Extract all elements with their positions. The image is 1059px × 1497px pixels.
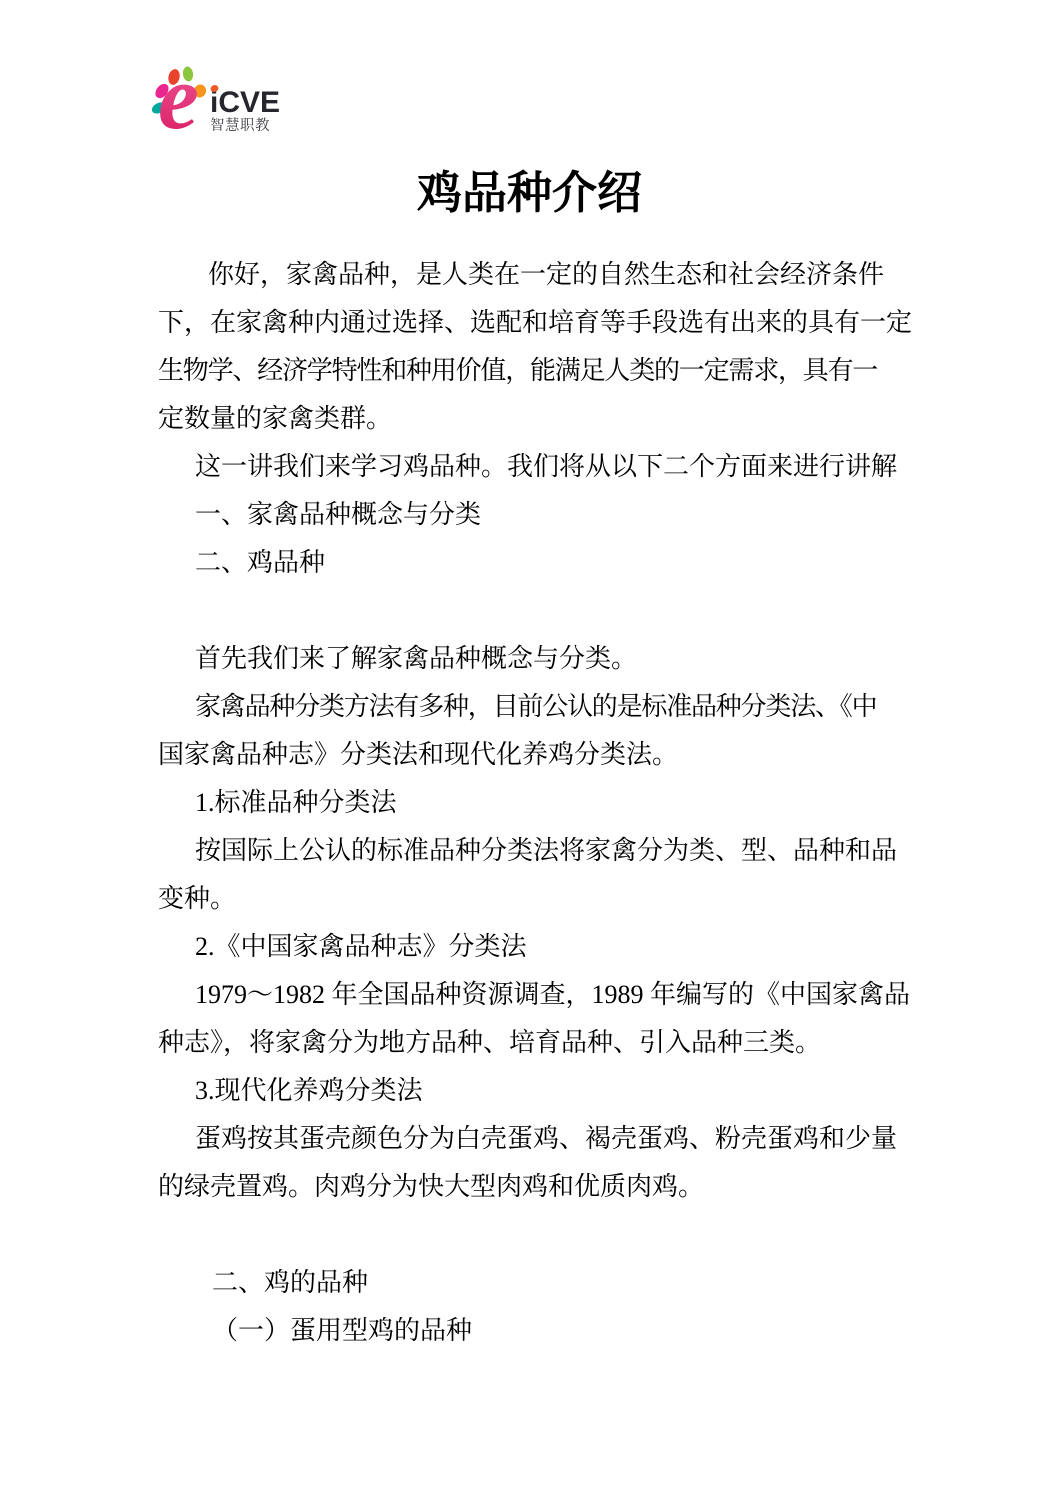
- doc-line: 这一讲我们来学习鸡品种。我们将从以下二个方面来进行讲解: [158, 443, 902, 491]
- doc-line: 定数量的家禽类群。: [158, 395, 902, 443]
- doc-line: 种志》，将家禽分为地方品种、培育品种、引入品种三类。: [158, 1019, 902, 1067]
- doc-line: 二、鸡的品种: [158, 1259, 902, 1307]
- doc-line: 生物学、经济学特性和种用价值，能满足人类的一定需求，具有一: [158, 347, 902, 395]
- doc-line: 家禽品种分类方法有多种，目前公认的是标准品种分类法、《中: [158, 683, 902, 731]
- icve-logo: e iCVE 智慧职教: [150, 64, 300, 142]
- doc-line: （一）蛋用型鸡的品种: [158, 1307, 902, 1355]
- doc-line: 二、鸡品种: [158, 539, 902, 587]
- doc-line: 国家禽品种志》分类法和现代化养鸡分类法。: [158, 731, 902, 779]
- document-body: 你好，家禽品种，是人类在一定的自然生态和社会经济条件 下，在家禽种内通过选择、选…: [158, 251, 902, 1355]
- doc-line: 3.现代化养鸡分类法: [158, 1067, 902, 1115]
- icve-flower-icon: e iCVE 智慧职教: [150, 64, 300, 142]
- page-title: 鸡品种介绍: [0, 168, 1059, 218]
- logo-brand-text: iCVE: [210, 86, 280, 119]
- doc-line: 蛋鸡按其蛋壳颜色分为白壳蛋鸡、褐壳蛋鸡、粉壳蛋鸡和少量: [158, 1115, 902, 1163]
- logo-subtitle: 智慧职教: [210, 116, 270, 134]
- doc-line: 2.《中国家禽品种志》分类法: [158, 923, 902, 971]
- doc-blank-line: [158, 1211, 902, 1259]
- doc-line: 变种。: [158, 875, 902, 923]
- doc-line: 按国际上公认的标准品种分类法将家禽分为类、型、品种和品: [158, 827, 902, 875]
- document-page: e iCVE 智慧职教 鸡品种介绍 你好，家禽品种，是人类在一定的自然生态和社会…: [0, 0, 1059, 1497]
- doc-line: 下，在家禽种内通过选择、选配和培育等手段选有出来的具有一定: [158, 299, 902, 347]
- doc-line: 1979～1982 年全国品种资源调查，1989 年编写的《中国家禽品: [158, 971, 902, 1019]
- doc-blank-line: [158, 587, 902, 635]
- doc-line: 的绿壳置鸡。肉鸡分为快大型肉鸡和优质肉鸡。: [158, 1163, 902, 1211]
- doc-line: 你好，家禽品种，是人类在一定的自然生态和社会经济条件: [158, 251, 902, 299]
- doc-line: 1.标准品种分类法: [158, 779, 902, 827]
- doc-line: 首先我们来了解家禽品种概念与分类。: [158, 635, 902, 683]
- logo-e-glyph: e: [158, 64, 199, 142]
- doc-line: 一、家禽品种概念与分类: [158, 491, 902, 539]
